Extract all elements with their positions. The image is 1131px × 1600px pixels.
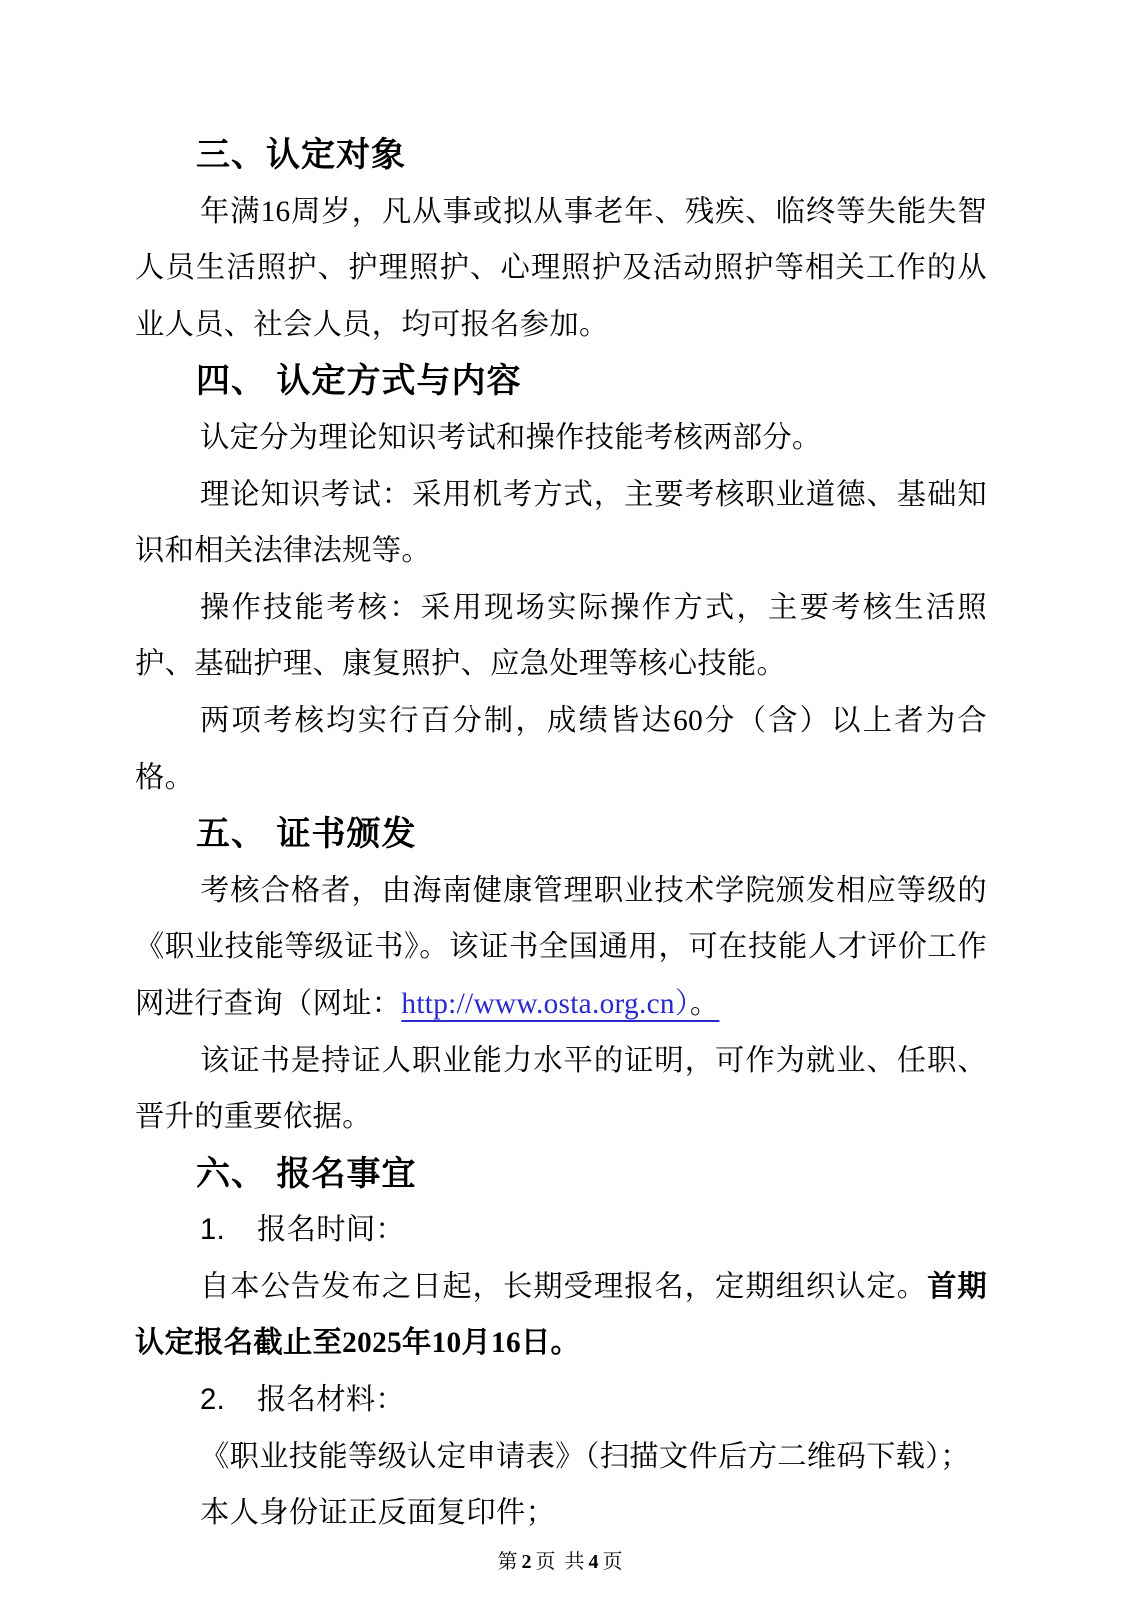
section-6-paragraph-3: 本人身份证正反面复印件； — [135, 1485, 987, 1542]
list-item-1-title: 报名时间： — [257, 1214, 405, 1246]
osta-link[interactable]: http://www.osta.org.cn）。 — [401, 988, 719, 1020]
registration-time-text: 自本公告发布之日起，长期受理报名，定期组织认定。 — [200, 1271, 927, 1303]
section-4-paragraph-1: 认定分为理论知识考试和操作技能考核两部分。 — [135, 410, 987, 467]
page-footer: 第2页 共4页 — [135, 1548, 987, 1576]
list-item-2-title: 报名材料： — [257, 1384, 405, 1416]
sentence-period: 。 — [690, 988, 720, 1020]
page-number: 2 — [522, 1551, 534, 1573]
list-item-1-number: 1. — [200, 1213, 225, 1246]
list-item-2-number: 2. — [200, 1383, 225, 1416]
section-3-heading: 三、认定对象 — [135, 127, 987, 184]
section-5-heading: 五、 证书颁发 — [135, 806, 987, 863]
osta-link-url[interactable]: http://www.osta.org.cn） — [401, 988, 689, 1020]
document-content: 三、认定对象 年满16周岁，凡从事或拟从事老年、残疾、临终等失能失智人员生活照护… — [135, 127, 987, 1542]
section-6-heading: 六、 报名事宜 — [135, 1146, 987, 1203]
section-4-paragraph-4: 两项考核均实行百分制，成绩皆达60分（含）以上者为合格。 — [135, 693, 987, 806]
footer-label-middle: 页 共 — [536, 1551, 587, 1573]
document-page: 三、认定对象 年满16周岁，凡从事或拟从事老年、残疾、临终等失能失智人员生活照护… — [0, 0, 1131, 1600]
footer-label-suffix: 页 — [603, 1551, 625, 1573]
list-item-1: 1.报名时间： — [135, 1202, 987, 1259]
total-pages: 4 — [589, 1551, 601, 1573]
section-4-heading: 四、 认定方式与内容 — [135, 353, 987, 410]
section-6-paragraph-2: 《职业技能等级认定申请表》（扫描文件后方二维码下载）； — [135, 1429, 987, 1486]
section-5-paragraph-2: 该证书是持证人职业能力水平的证明，可作为就业、任职、晋升的重要依据。 — [135, 1033, 987, 1146]
section-4-paragraph-3: 操作技能考核：采用现场实际操作方式，主要考核生活照护、基础护理、康复照护、应急处… — [135, 580, 987, 693]
footer-label-prefix: 第 — [498, 1551, 520, 1573]
list-item-2: 2.报名材料： — [135, 1372, 987, 1429]
section-5-paragraph-1: 考核合格者，由海南健康管理职业技术学院颁发相应等级的《职业技能等级证书》。该证书… — [135, 863, 987, 1033]
section-4-paragraph-2: 理论知识考试：采用机考方式，主要考核职业道德、基础知识和相关法律法规等。 — [135, 467, 987, 580]
section-6-paragraph-1: 自本公告发布之日起，长期受理报名，定期组织认定。首期认定报名截止至2025年10… — [135, 1259, 987, 1372]
section-3-paragraph-1: 年满16周岁，凡从事或拟从事老年、残疾、临终等失能失智人员生活照护、护理照护、心… — [135, 184, 987, 354]
